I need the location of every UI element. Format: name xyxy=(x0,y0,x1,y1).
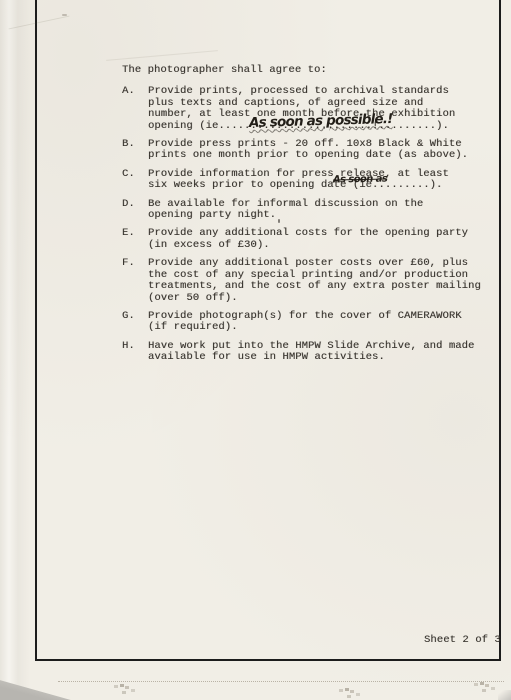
agreement-item-c: C. Provide information for press release… xyxy=(122,169,494,192)
ink-speck xyxy=(62,14,67,16)
item-letter: F. xyxy=(122,258,135,269)
scan-corner-shadow xyxy=(498,690,511,700)
scan-speckle xyxy=(345,688,349,691)
item-text: Provide information for press release, a… xyxy=(148,169,494,192)
item-text: Provide any additional costs for the ope… xyxy=(148,228,494,251)
paper-crease xyxy=(106,50,218,61)
scan-speckle xyxy=(480,682,484,685)
agreement-item-f: F. Provide any additional poster costs o… xyxy=(122,258,494,304)
agreement-item-e: E. Provide any additional costs for the … xyxy=(122,228,494,251)
item-letter: D. xyxy=(122,199,135,210)
item-text: Provide press prints - 20 off. 10x8 Blac… xyxy=(148,139,494,162)
ink-speck xyxy=(278,219,280,223)
item-letter: C. xyxy=(122,169,135,180)
agreement-item-b: B. Provide press prints - 20 off. 10x8 B… xyxy=(122,139,494,162)
document-heading: The photographer shall agree to: xyxy=(122,65,494,76)
item-letter: A. xyxy=(122,86,135,97)
scanned-document-page: The photographer shall agree to: A. Prov… xyxy=(0,0,511,700)
agreement-item-g: G. Provide photograph(s) for the cover o… xyxy=(122,311,494,334)
item-text: Have work put into the HMPW Slide Archiv… xyxy=(148,341,494,364)
item-text: Be available for informal discussion on … xyxy=(148,199,494,222)
agreement-item-h: H. Have work put into the HMPW Slide Arc… xyxy=(122,341,494,364)
item-letter: G. xyxy=(122,311,135,322)
scan-corner-shadow xyxy=(0,668,118,700)
item-letter: H. xyxy=(122,341,135,352)
scan-edge-line xyxy=(58,681,504,682)
item-text: Provide any additional poster costs over… xyxy=(148,258,494,304)
typed-agreement-text: The photographer shall agree to: A. Prov… xyxy=(122,65,494,371)
item-letter: E. xyxy=(122,228,135,239)
handwritten-annotation-press-release: As soon as xyxy=(333,174,387,186)
scan-speckle xyxy=(120,684,124,687)
agreement-item-d: D. Be available for informal discussion … xyxy=(122,199,494,222)
item-letter: B. xyxy=(122,139,135,150)
paper-crease xyxy=(9,16,70,30)
sheet-number: Sheet 2 of 3 xyxy=(424,634,501,646)
item-text: Provide photograph(s) for the cover of C… xyxy=(148,311,494,334)
